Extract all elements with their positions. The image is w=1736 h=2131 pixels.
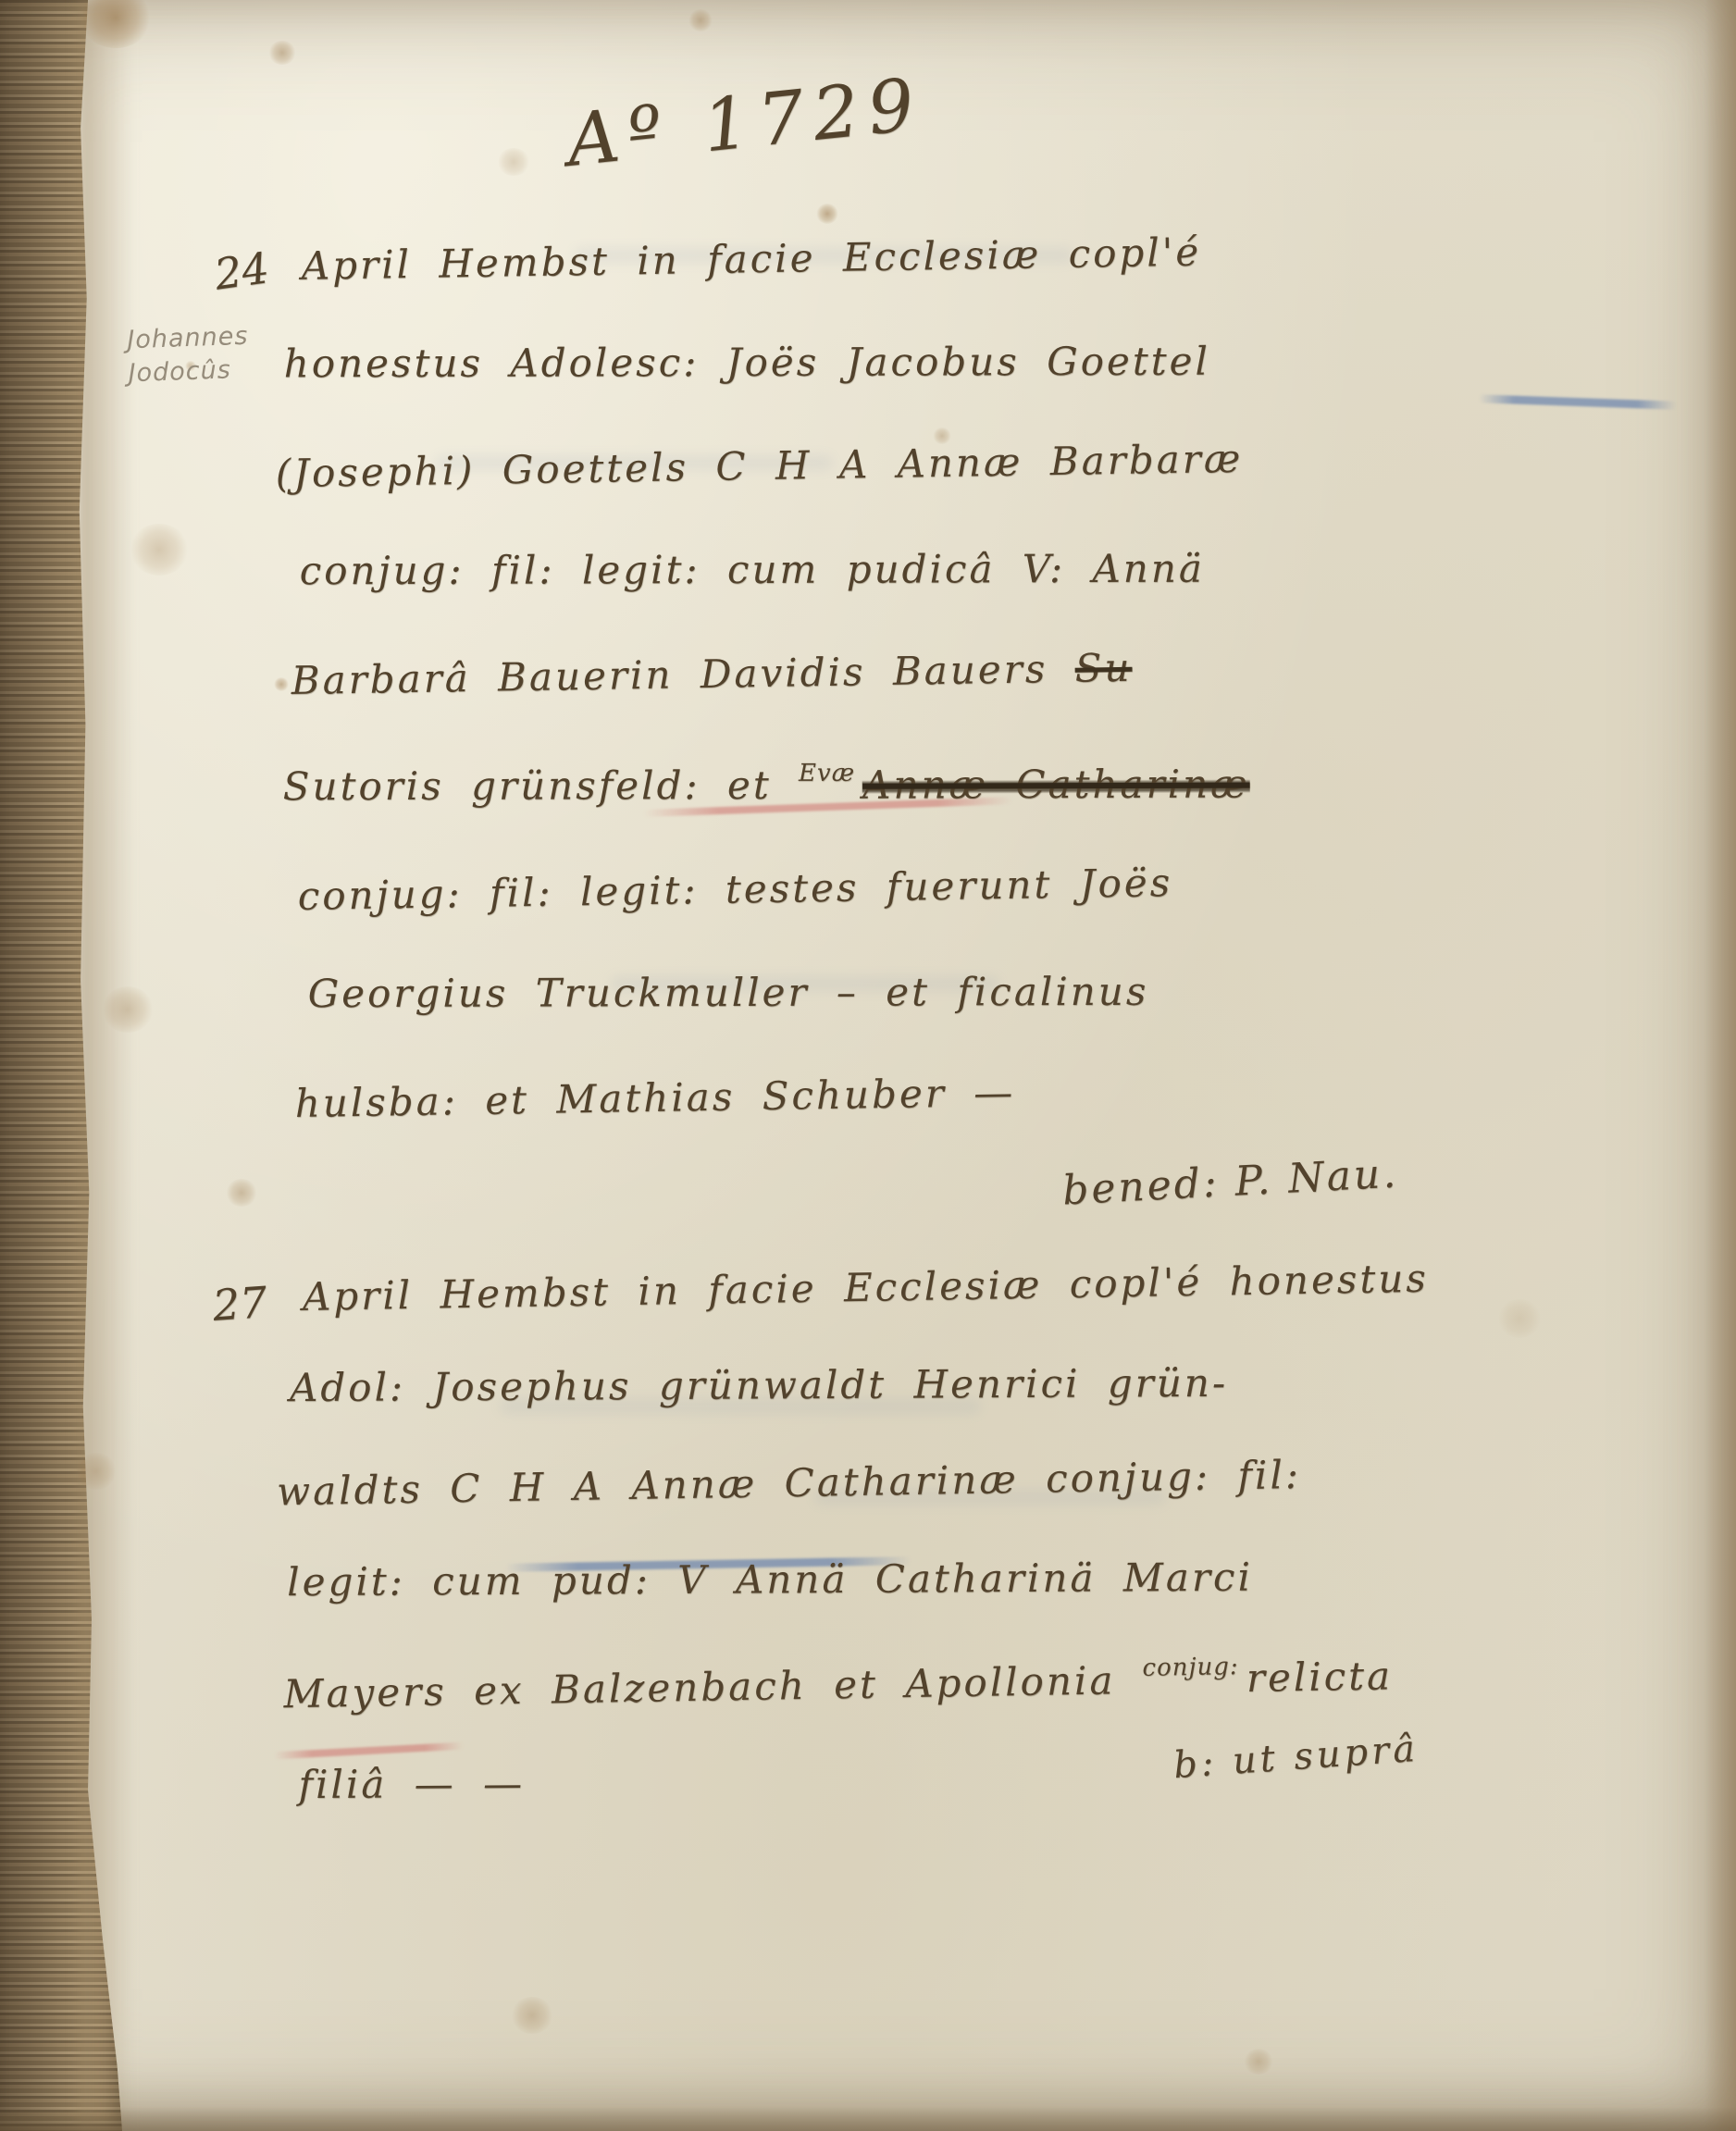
manuscript-line: Georgius Truckmuller – et ficalinus [308,970,1252,1017]
manuscript-line: Adol: Josephus grünwaldt Henrici grün- [290,1360,1430,1410]
manuscript-line: (Josephi) Goettels C H A Annæ Barbaræ [275,437,1247,496]
page-bottom-edge [0,2107,1736,2131]
entry-day-number: 27 [211,1277,268,1331]
stain [1244,2049,1273,2075]
stain [130,524,189,576]
manuscript-segment: honestus Adolesc: Joës Jacobus Goettel [284,339,1210,387]
margin-note-line: Johannes [127,320,249,358]
manuscript-segment: Adol: Josephus grünwaldt Henrici grün- [290,1360,1228,1410]
stain [1497,1299,1542,1338]
manuscript-segment: April Hembst in facie Ecclesiæ copl'é ho… [303,1256,1430,1319]
year-heading: Aº 1729 [563,63,927,183]
stain [816,204,838,224]
manuscript-segment: legit: cum pud: V Annä Catharinä Marci [287,1555,1253,1604]
manuscript-segment: April Hembst in facie Ecclesiæ copl'é [301,229,1201,289]
stain [688,9,713,31]
stain [497,148,530,176]
manuscript-segment: Sutoris grünsfeld: et [283,762,799,809]
manuscript-line: honestus Adolesc: Joës Jacobus Goettel [284,340,1246,387]
manuscript-segment: (Josephi) Goettels C H A Annæ Barbaræ [275,436,1243,496]
manuscript-segment-sup: Evæ [799,760,855,787]
manuscript-line: hulsba: et Mathias Schuber — [294,1067,1253,1126]
margin-note-line: Jodocûs [128,353,250,391]
manuscript-segment-strike-heavy: Annæ Catharinæ [862,762,1250,808]
manuscript-segment: conjug: fil: legit: cum pudicâ V: Annä [300,546,1205,594]
manuscript-line: Mayers ex Balzenbach et Apollonia conjug… [283,1645,1433,1717]
register-page-scan: Aº 1729 Johannes Jodocûs 24 April Hembst… [0,0,1736,2131]
stain [511,1997,553,2034]
entry-day-number: 24 [212,242,272,300]
manuscript-segment-strike: Su [1074,645,1133,691]
manuscript-line: Sutoris grünsfeld: et EvæAnnæ Catharinæ [283,754,1250,810]
stain [226,1179,257,1207]
manuscript-segment: filiâ — — [298,1761,525,1807]
marriage-entry-april-24: April Hembst in facie Ecclesiæ copl'éhon… [274,232,1254,1182]
manuscript-segment-sup: conjug: [1142,1653,1239,1682]
stain [76,1453,117,1490]
margin-note: Johannes Jodocûs [127,320,250,391]
manuscript-segment: hulsba: et Mathias Schuber — [294,1070,1015,1126]
manuscript-segment: relicta [1246,1653,1393,1701]
manuscript-segment: Mayers ex Balzenbach et Apollonia [283,1657,1143,1716]
manuscript-segment: waldts C H A Annæ Catharinæ conjug: fil: [277,1452,1302,1514]
stain [268,41,296,65]
manuscript-segment: Barbarâ Bauerin Davidis Bauers [291,646,1075,703]
blue-crayon-underline [1479,394,1677,409]
manuscript-line: conjug: fil: legit: testes fuerunt Joës [297,860,1251,919]
manuscript-segment: Georgius Truckmuller – et ficalinus [308,969,1149,1016]
manuscript-line: waldts C H A Annæ Catharinæ conjug: fil: [277,1451,1432,1515]
page-right-edge [1705,0,1736,2131]
manuscript-line: April Hembst in facie Ecclesiæ copl'é [301,229,1246,289]
manuscript-line: legit: cum pud: V Annä Catharinä Marci [287,1555,1432,1604]
manuscript-line: conjug: fil: legit: cum pudicâ V: Annä [300,547,1248,594]
manuscript-segment: conjug: fil: legit: testes fuerunt Joës [297,860,1172,919]
stain [102,986,154,1033]
binding-shadow [78,0,133,2131]
manuscript-line: April Hembst in facie Ecclesiæ copl'é ho… [303,1257,1430,1319]
manuscript-line: Barbarâ Bauerin Davidis Bauers Su [291,644,1249,703]
